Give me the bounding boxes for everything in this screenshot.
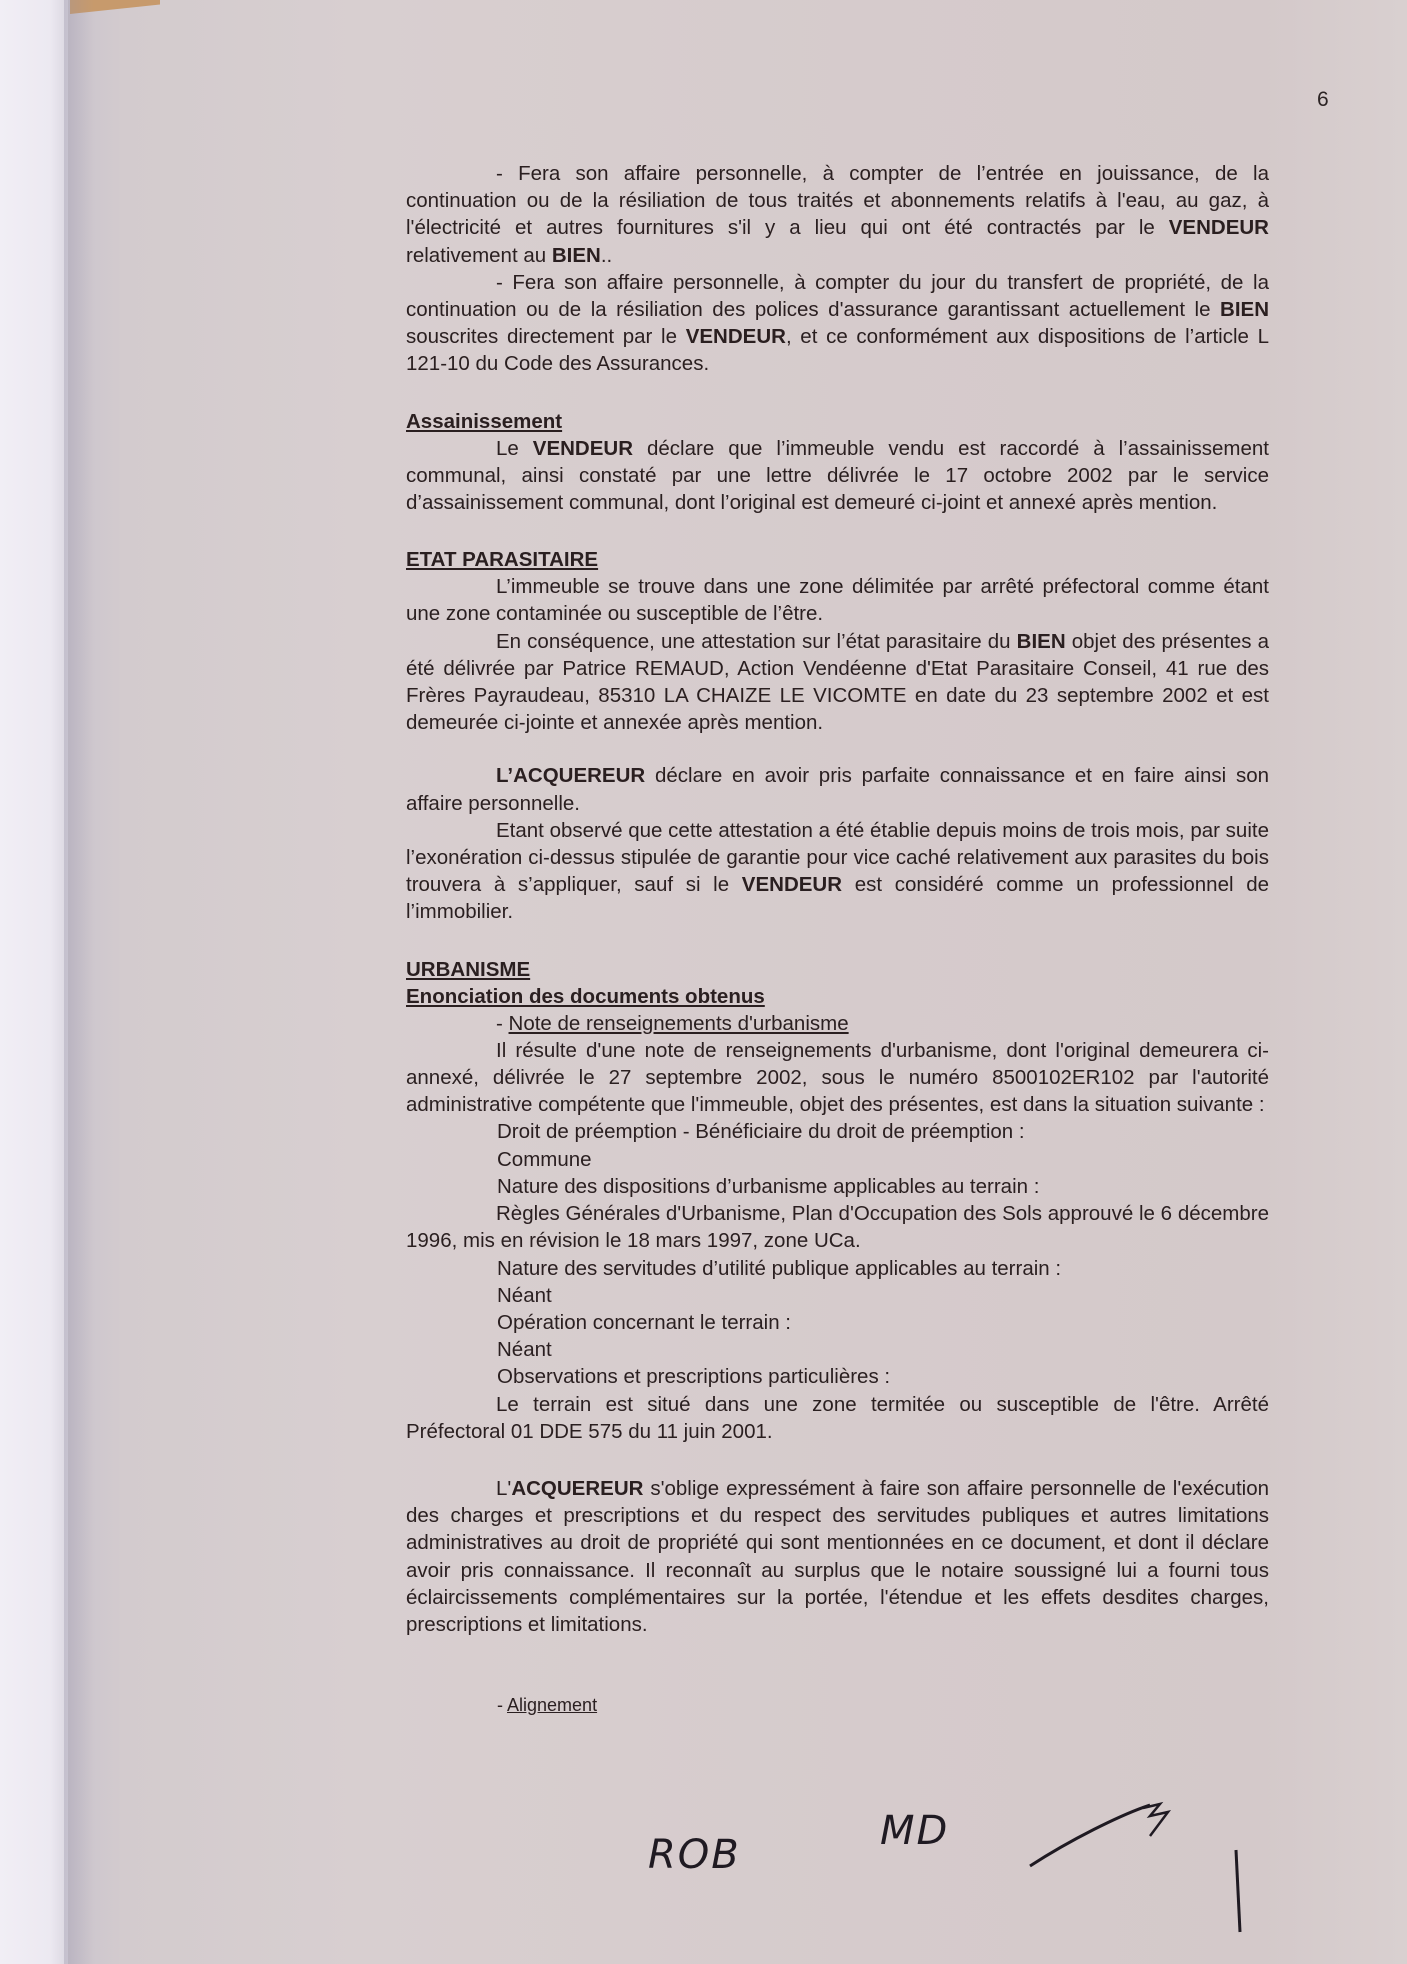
signature-stroke — [0, 0, 1407, 1964]
